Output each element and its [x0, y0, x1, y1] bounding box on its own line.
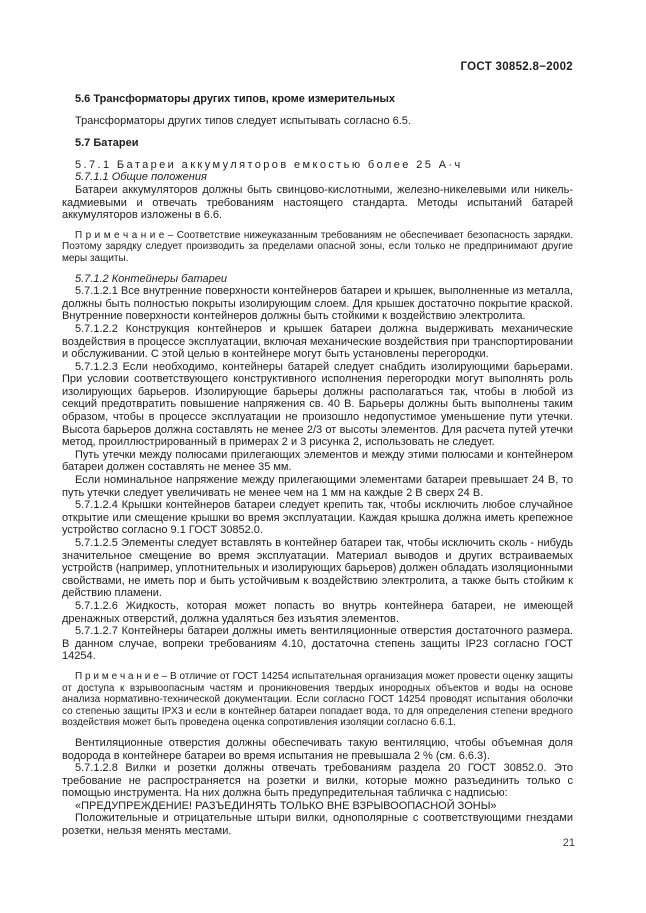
paragraph-5-7-1-2-3: 5.7.1.2.3 Если необходимо, контейнеры ба… — [62, 361, 573, 449]
section-5-6-heading: 5.6 Трансформаторы других типов, кроме и… — [62, 93, 573, 106]
warning-label-text: «ПРЕДУПРЕЖДЕНИЕ! РАЗЪЕДИНЯТЬ ТОЛЬКО ВНЕ … — [62, 800, 573, 813]
paragraph-ventilation: Вентиляционные отверстия должны обеспечи… — [62, 737, 573, 762]
paragraph-5-7-1-2-2: 5.7.1.2.2 Конструкция контейнеров и крыш… — [62, 323, 573, 361]
paragraph-nominal-voltage: Если номинальное напряжение между прилег… — [62, 474, 573, 499]
paragraph-5-7-1-2-7: 5.7.1.2.7 Контейнеры батареи должны имет… — [62, 625, 573, 663]
doc-number: ГОСТ 30852.8−2002 — [460, 61, 573, 73]
document-content: 5.6 Трансформаторы других типов, кроме и… — [62, 83, 573, 838]
document-page: ГОСТ 30852.8−2002 5.6 Трансформаторы дру… — [0, 0, 646, 913]
note-charging-safety: П р и м е ч а н и е – Соответствие нижеу… — [62, 230, 573, 265]
paragraph-5-7-1-2-6: 5.7.1.2.6 Жидкость, которая может попаст… — [62, 600, 573, 625]
paragraph-5-7-1-2-1: 5.7.1.2.1 Все внутренние поверхности кон… — [62, 285, 573, 323]
paragraph-plug-pins: Положительные и отрицательные штыри вилк… — [62, 812, 573, 837]
note-gost-14254: П р и м е ч а н и е – В отличие от ГОСТ … — [62, 671, 573, 729]
paragraph-5-7-1-2-4: 5.7.1.2.4 Крышки контейнеров батареи сле… — [62, 499, 573, 537]
paragraph-5-6: Трансформаторы других типов следует испы… — [62, 115, 573, 128]
page-number: 21 — [563, 837, 575, 849]
section-5-7-1-2-heading: 5.7.1.2 Контейнеры батареи — [62, 273, 573, 286]
paragraph-creepage-distance: Путь утечки между полюсами прилегающих э… — [62, 449, 573, 474]
paragraph-5-7-1-2-8: 5.7.1.2.8 Вилки и розетки должны отвечат… — [62, 762, 573, 800]
section-5-7-heading: 5.7 Батареи — [62, 137, 573, 150]
page-header: ГОСТ 30852.8−2002 — [62, 61, 573, 73]
paragraph-5-7-1-1: Батареи аккумуляторов должны быть свинцо… — [62, 184, 573, 222]
paragraph-5-7-1-2-5: 5.7.1.2.5 Элементы следует вставлять в к… — [62, 537, 573, 600]
section-5-7-1-1-heading: 5.7.1.1 Общие положения — [62, 171, 573, 184]
page-footer: 21 — [62, 837, 575, 849]
section-5-7-1-heading: 5.7.1 Батареи аккумуляторов емкостью бол… — [62, 159, 573, 172]
